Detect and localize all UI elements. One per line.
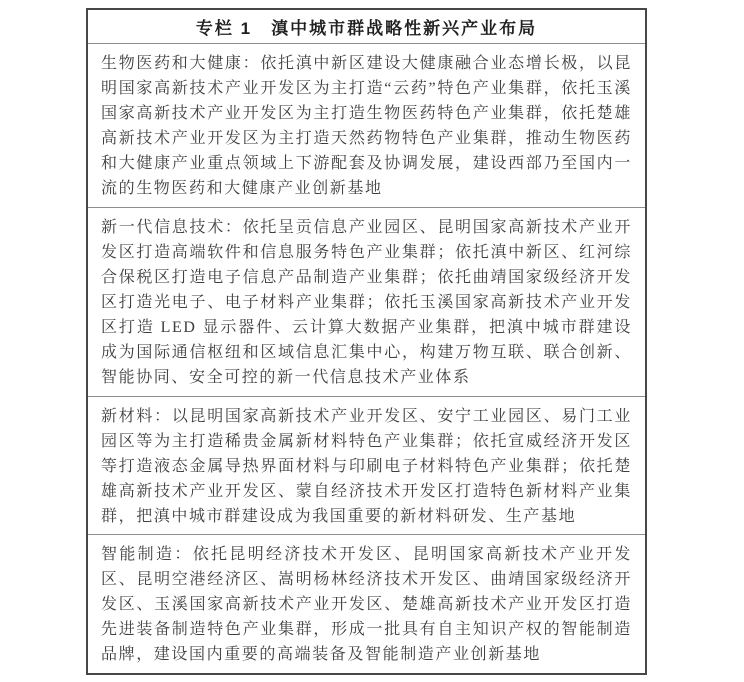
section-heading: 新一代信息技术： [101,219,243,236]
section-heading: 新材料： [101,408,172,425]
feature-box: 专栏 1 滇中城市群战略性新兴产业布局 生物医药和大健康：依托滇中新区建设大健康… [86,8,647,675]
box-title: 专栏 1 滇中城市群战略性新兴产业布局 [88,10,645,44]
section-body: 依托滇中新区建设大健康融合业态增长极，以昆明国家高新技术产业开发区为主打造“云药… [101,55,632,197]
section-body: 依托昆明经济技术开发区、昆明国家高新技术产业开发区、昆明空港经济区、嵩明杨林经济… [101,546,632,663]
section-new-materials: 新材料：以昆明国家高新技术产业开发区、安宁工业园区、易门工业园区等为主打造稀贵金… [88,397,645,536]
section-intelligent-manufacturing: 智能制造：依托昆明经济技术开发区、昆明国家高新技术产业开发区、昆明空港经济区、嵩… [88,535,645,673]
section-heading: 智能制造： [101,546,193,563]
section-body: 以昆明国家高新技术产业开发区、安宁工业园区、易门工业园区等为主打造稀贵金属新材料… [101,408,632,525]
section-next-gen-information-technology: 新一代信息技术：依托呈贡信息产业园区、昆明国家高新技术产业开发区打造高端软件和信… [88,208,645,397]
section-body: 依托呈贡信息产业园区、昆明国家高新技术产业开发区打造高端软件和信息服务特色产业集… [101,219,632,386]
section-heading: 生物医药和大健康： [101,55,260,72]
section-biomedicine-health: 生物医药和大健康：依托滇中新区建设大健康融合业态增长极，以昆明国家高新技术产业开… [88,44,645,208]
